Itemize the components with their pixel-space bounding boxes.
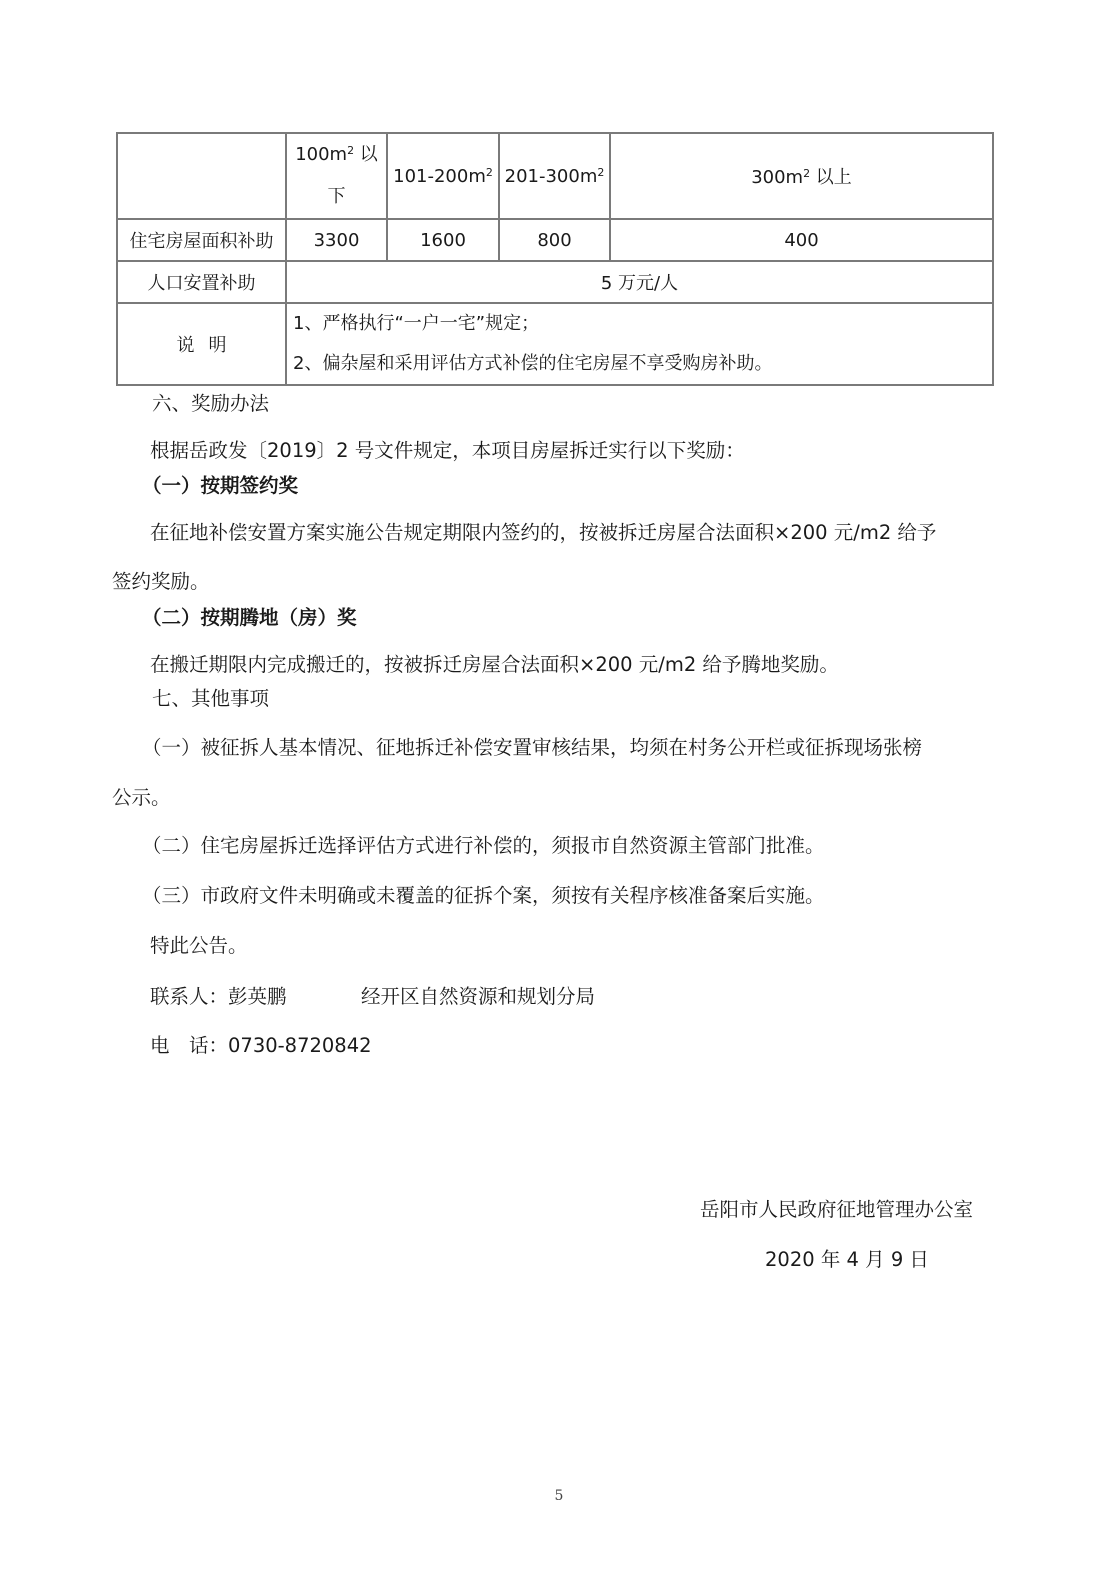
paragraph: 签约奖励。 — [112, 566, 210, 594]
subheading-signing-reward: （一）按期签约奖 — [142, 470, 298, 498]
notes-cell: 1、严格执行“一户一宅”规定； 2、偏杂屋和采用评估方式补偿的住宅房屋不享受购房… — [286, 303, 993, 385]
section-heading-other: 七、其他事项 — [152, 683, 269, 711]
paragraph: （二）住宅房屋拆迁选择评估方式进行补偿的，须报市自然资源主管部门批准。 — [142, 830, 825, 858]
table-row-area-subsidy: 住宅房屋面积补助 3300 1600 800 400 — [117, 219, 993, 261]
contact-phone: 电 话：0730-8720842 — [150, 1030, 372, 1058]
paragraph: 在征地补偿安置方案实施公告规定期限内签约的，按被拆迁房屋合法面积×200 元/m… — [150, 517, 936, 545]
contact-label: 联系人： — [150, 985, 228, 1008]
page-number: 5 — [0, 1488, 1118, 1504]
table-row-population-subsidy: 人口安置补助 5 万元/人 — [117, 261, 993, 303]
issuer-signature: 岳阳市人民政府征地管理办公室 — [700, 1194, 973, 1222]
contact-person: 联系人：彭英鹏 — [150, 981, 287, 1009]
contact-department: 经开区自然资源和规划分局 — [361, 981, 595, 1009]
table-cell: 400 — [610, 219, 993, 261]
table-corner-cell — [117, 133, 286, 219]
contact-name: 彭英鹏 — [228, 985, 287, 1008]
issue-date: 2020 年 4 月 9 日 — [765, 1244, 929, 1272]
housing-subsidy-table: 100m2 以 下 101-200m2 201-300m2 300m2 以上 住… — [116, 132, 994, 386]
table-cell: 3300 — [286, 219, 387, 261]
table-row-notes: 说明 1、严格执行“一户一宅”规定； 2、偏杂屋和采用评估方式补偿的住宅房屋不享… — [117, 303, 993, 385]
note-item: 1、严格执行“一户一宅”规定； — [293, 304, 992, 344]
section-heading-rewards: 六、奖励办法 — [152, 388, 269, 416]
subheading-vacate-reward: （二）按期腾地（房）奖 — [142, 602, 357, 630]
table-cell: 1600 — [387, 219, 499, 261]
header-cell-under-100: 100m2 以 下 — [286, 133, 387, 219]
paragraph: （三）市政府文件未明确或未覆盖的征拆个案，须按有关程序核准备案后实施。 — [142, 880, 825, 908]
phone-label: 电 话： — [150, 1034, 228, 1057]
header-cell-201-300: 201-300m2 — [499, 133, 610, 219]
row-label: 人口安置补助 — [117, 261, 286, 303]
table-cell: 800 — [499, 219, 610, 261]
closing-text: 特此公告。 — [150, 930, 248, 958]
phone-number: 0730-8720842 — [228, 1034, 372, 1057]
note-item: 2、偏杂屋和采用评估方式补偿的住宅房屋不享受购房补助。 — [293, 344, 992, 384]
document-page: 100m2 以 下 101-200m2 201-300m2 300m2 以上 住… — [0, 0, 1118, 1583]
row-label: 说明 — [117, 303, 286, 385]
paragraph: 根据岳政发〔2019〕2 号文件规定，本项目房屋拆迁实行以下奖励： — [150, 435, 745, 463]
header-cell-over-300: 300m2 以上 — [610, 133, 993, 219]
paragraph: （一）被征拆人基本情况、征地拆迁补偿安置审核结果，均须在村务公开栏或征拆现场张榜 — [142, 732, 922, 760]
paragraph: 公示。 — [112, 782, 171, 810]
table-header-row: 100m2 以 下 101-200m2 201-300m2 300m2 以上 — [117, 133, 993, 219]
header-cell-101-200: 101-200m2 — [387, 133, 499, 219]
paragraph: 在搬迁期限内完成搬迁的，按被拆迁房屋合法面积×200 元/m2 给予腾地奖励。 — [150, 649, 839, 677]
table-cell: 5 万元/人 — [286, 261, 993, 303]
row-label: 住宅房屋面积补助 — [117, 219, 286, 261]
